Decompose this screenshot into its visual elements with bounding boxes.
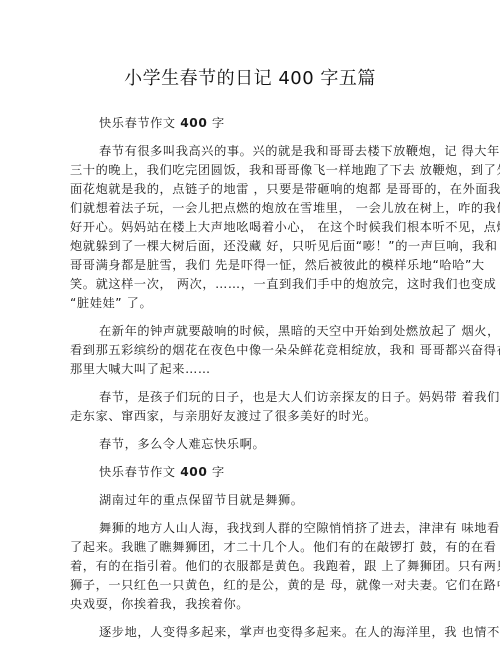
document-body: 快乐春节作文 400 字 春节有很多叫我高兴的事。兴的就是我和哥哥去楼下放鞭炮，… <box>70 114 422 642</box>
paragraph-line: 舞狮的地方人山人海，我找到人群的空隙悄悄挤了进去，津津有 味地看 <box>70 519 422 538</box>
section-heading: 快乐春节作文 400 字 <box>70 463 422 482</box>
paragraph: 湖南过年的重点保留节目就是舞狮。 <box>70 491 422 510</box>
paragraph-line: 着，有的在指引着。他们的衣服都是黄色。我跑着，跟 上了舞狮团。只有两只 <box>70 557 422 576</box>
paragraph-line: 三十的晚上，我们吃完团圆饭，我和哥哥像飞一样地跑了下去 放鞭炮，到了外 <box>70 161 422 180</box>
paragraph-line: 炮就躲到了一棵大树后面，还没藏 好，只听见后面“嘭！”的一声巨响，我和 <box>70 237 422 256</box>
paragraph-line: 在新年的钟声就要敲响的时候，黑暗的天空中开始到处燃放起了 烟火， <box>70 322 422 341</box>
paragraph: 逐步地，人变得多起来，掌声也变得多起来。在人的海洋里，我 也情不 <box>70 623 422 642</box>
paragraph: 舞狮的地方人山人海，我找到人群的空隙悄悄挤了进去，津津有 味地看 了起来。我瞧了… <box>70 519 422 614</box>
paragraph-line: 湖南过年的重点保留节目就是舞狮。 <box>70 491 422 510</box>
paragraph-line: 央戏耍，你挨着我，我挨着你。 <box>70 595 422 614</box>
paragraph-line: 春节有很多叫我高兴的事。兴的就是我和哥哥去楼下放鞭炮，记 得大年 <box>70 142 422 161</box>
paragraph-line: 了起来。我瞧了瞧舞狮团，才二十几个人。他们有的在敲锣打 鼓，有的在看 <box>70 538 422 557</box>
paragraph-line: 们就想着法子玩，一会儿把点燃的炮放在雪堆里， 一会儿放在树上，咋的我们 <box>70 199 422 218</box>
section-heading: 快乐春节作文 400 字 <box>70 114 422 133</box>
paragraph-line: “脏娃娃” 了。 <box>70 294 422 313</box>
paragraph: 在新年的钟声就要敲响的时候，黑暗的天空中开始到处燃放起了 烟火， 看到那五彩缤纷… <box>70 322 422 379</box>
paragraph-line: 春节，是孩子们玩的日子，也是大人们访亲探友的日子。妈妈带 着我们 <box>70 388 422 407</box>
document-page: 小学生春节的日记 400 字五篇 快乐春节作文 400 字 春节有很多叫我高兴的… <box>0 0 500 647</box>
paragraph-line: 好开心。妈妈站在楼上大声地吆喝着小心， 在这个时候我们根本听不见，点燃 <box>70 218 422 237</box>
paragraph-line: 面花炮就是我的，点链子的地雷 ，只要是带砸响的炮都 是哥哥的，在外面我 <box>70 180 422 199</box>
paragraph-line: 那里大喊大叫了起来…… <box>70 360 422 379</box>
paragraph-line: 走东家、窜西家，与亲朋好友渡过了很多美好的时光。 <box>70 407 422 426</box>
section-heading-text: 快乐春节作文 <box>99 465 176 479</box>
paragraph-line: 逐步地，人变得多起来，掌声也变得多起来。在人的海洋里，我 也情不 <box>70 623 422 642</box>
paragraph: 春节，是孩子们玩的日子，也是大人们访亲探友的日子。妈妈带 着我们 走东家、窜西家… <box>70 388 422 426</box>
section-heading-suffix: 字 <box>212 116 225 130</box>
section-heading-suffix: 字 <box>212 465 225 479</box>
paragraph: 春节，多么令人难忘快乐啊。 <box>70 435 422 454</box>
section-heading-text: 快乐春节作文 <box>99 116 176 130</box>
section-heading-number: 400 <box>180 116 207 130</box>
document-title: 小学生春节的日记 400 字五篇 <box>0 64 500 90</box>
paragraph: 春节有很多叫我高兴的事。兴的就是我和哥哥去楼下放鞭炮，记 得大年 三十的晚上，我… <box>70 142 422 313</box>
paragraph-line: 笑。就这样一次， 两次，……，一直到我们手中的炮放完，这时我们也变成 <box>70 275 422 294</box>
section-heading-number: 400 <box>180 465 207 479</box>
paragraph-line: 春节，多么令人难忘快乐啊。 <box>70 435 422 454</box>
paragraph-line: 狮子，一只红色一只黄色，红的是公，黄的是 母，就像一对夫妻。它们在路中 <box>70 576 422 595</box>
paragraph-line: 哥哥满身都是脏雪，我们 先是吓得一怔，然后被彼此的模样乐地“哈哈”大 <box>70 256 422 275</box>
paragraph-line: 看到那五彩缤纷的烟花在夜色中像一朵朵鲜花竞相绽放，我和 哥哥都兴奋得在 <box>70 341 422 360</box>
